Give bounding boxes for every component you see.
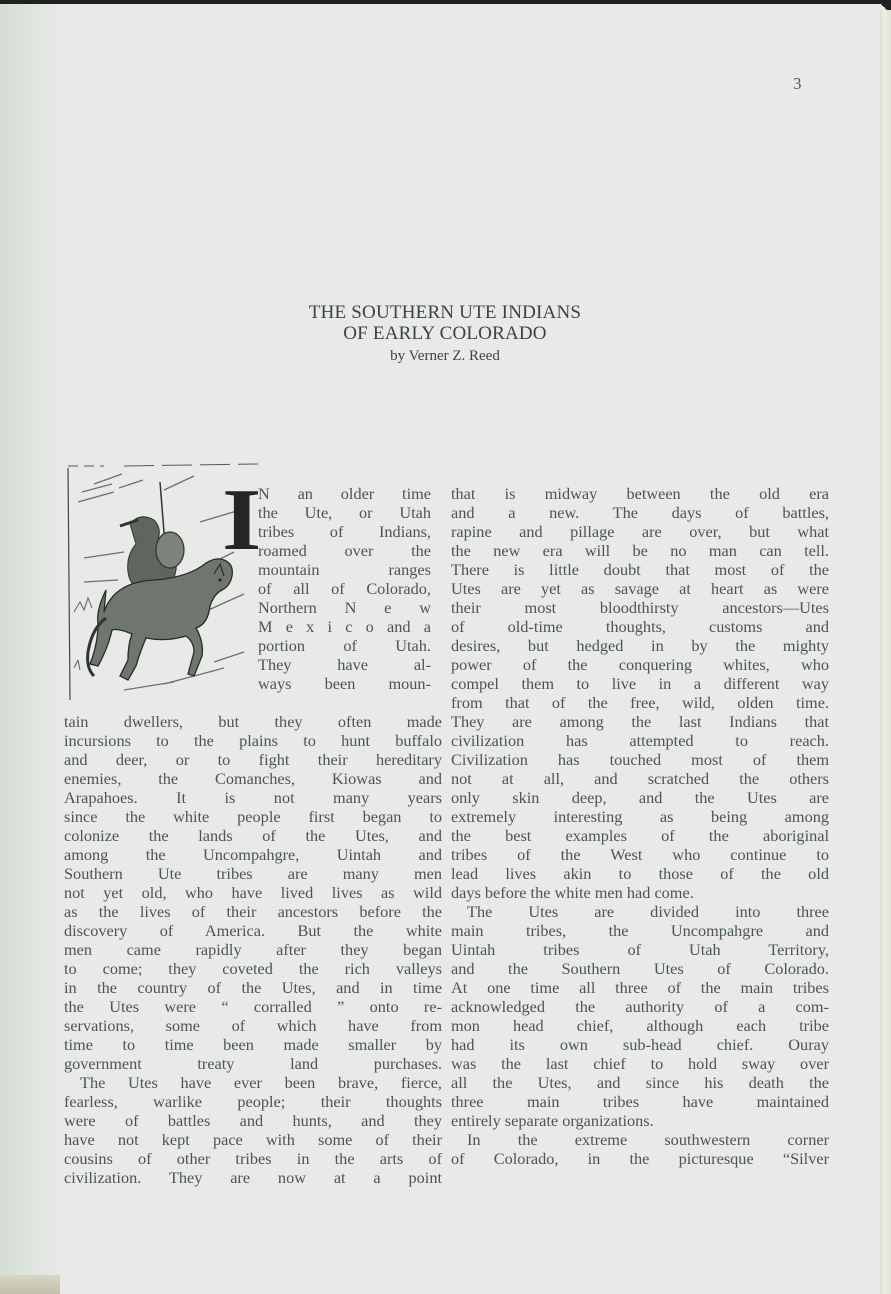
article-title-line-2: OF EARLY COLORADO: [200, 323, 690, 344]
text-line: among the Uncompahgre, Uintah and: [64, 845, 442, 864]
paragraph-end-line: days before the white men had come.: [451, 883, 829, 902]
text-line: ways been moun-: [258, 674, 431, 693]
text-line: have not kept pace with some of their: [64, 1130, 442, 1149]
page-gutter-bottom: [0, 1275, 60, 1294]
text-line: and a new. The days of battles,: [451, 503, 829, 522]
paragraph-start-line: In the extreme southwestern corner: [451, 1130, 829, 1149]
scan-top-edge: [0, 0, 891, 4]
text-line: N an older time: [258, 484, 431, 503]
text-line: cousins of other tribes in the arts of: [64, 1149, 442, 1168]
paragraph-start-line: The Utes are divided into three: [451, 902, 829, 921]
text-line: roamed over the: [258, 541, 431, 560]
text-line: Southern Ute tribes are many men: [64, 864, 442, 883]
text-line: was the last chief to hold sway over: [451, 1054, 829, 1073]
page-right-edge: [880, 10, 891, 1294]
text-line: portion of Utah.: [258, 636, 431, 655]
text-line: to come; they coveted the rich valleys: [64, 959, 442, 978]
article-byline: by Verner Z. Reed: [200, 346, 690, 366]
text-line: not at all, and scratched the others: [451, 769, 829, 788]
text-line: the Ute, or Utah: [258, 503, 431, 522]
text-line: the best examples of the aboriginal: [451, 826, 829, 845]
text-line: Uintah tribes of Utah Territory,: [451, 940, 829, 959]
right-column-text: that is midway between the old era and a…: [451, 484, 829, 1168]
text-line: and the Southern Utes of Colorado.: [451, 959, 829, 978]
text-line: Arapahoes. It is not many years: [64, 788, 442, 807]
text-line: and deer, or to fight their hereditary: [64, 750, 442, 769]
text-line: tribes of Indians,: [258, 522, 431, 541]
article-title-line-1: THE SOUTHERN UTE INDIANS: [200, 302, 690, 323]
article-header: THE SOUTHERN UTE INDIANS OF EARLY COLORA…: [200, 302, 690, 366]
paragraph-end-line: entirely separate organizations.: [451, 1111, 829, 1130]
text-line: desires, but hedged in by the mighty: [451, 636, 829, 655]
text-line: in the country of the Utes, and in time: [64, 978, 442, 997]
text-line: government treaty land purchases.: [64, 1054, 442, 1073]
text-line: as the lives of their ancestors before t…: [64, 902, 442, 921]
text-line: three main tribes have maintained: [451, 1092, 829, 1111]
text-line: rapine and pillage are over, but what: [451, 522, 829, 541]
text-line: mountain ranges: [258, 560, 431, 579]
text-line: had its own sub-head chief. Ouray: [451, 1035, 829, 1054]
text-line: of Colorado, in the picturesque “Silver: [451, 1149, 829, 1168]
text-line: of all of Colorado,: [258, 579, 431, 598]
text-line: fearless, warlike people; their thoughts: [64, 1092, 442, 1111]
text-line: their most bloodthirsty ancestors—Utes: [451, 598, 829, 617]
drop-cap-letter: I: [222, 486, 261, 556]
text-line: power of the conquering whites, who: [451, 655, 829, 674]
text-line: Utes are yet as savage at heart as were: [451, 579, 829, 598]
left-column-text: tain dwellers, but they often made incur…: [64, 712, 442, 1187]
text-line: discovery of America. But the white: [64, 921, 442, 940]
text-line: tribes of the West who continue to: [451, 845, 829, 864]
text-line: civilization. They are now at a point: [64, 1168, 442, 1187]
text-line: extremely interesting as being among: [451, 807, 829, 826]
intro-paragraph-wrap: N an older time the Ute, or Utah tribes …: [258, 484, 431, 693]
text-line: incursions to the plains to hunt buffalo: [64, 731, 442, 750]
text-line: time to time been made smaller by: [64, 1035, 442, 1054]
text-line: of old-time thoughts, customs and: [451, 617, 829, 636]
text-line: were of battles and hunts, and they: [64, 1111, 442, 1130]
text-line: enemies, the Comanches, Kiowas and: [64, 769, 442, 788]
text-line: Civilization has touched most of them: [451, 750, 829, 769]
page-gutter-shadow: [0, 4, 60, 1294]
text-line: They are among the last Indians that: [451, 712, 829, 731]
text-line: all the Utes, and since his death the: [451, 1073, 829, 1092]
text-line: civilization has attempted to reach.: [451, 731, 829, 750]
text-line: since the white people first began to: [64, 807, 442, 826]
text-line: compel them to live in a different way: [451, 674, 829, 693]
text-line: main tribes, the Uncompahgre and: [451, 921, 829, 940]
text-line: servations, some of which have from: [64, 1016, 442, 1035]
text-line: There is little doubt that most of the: [451, 560, 829, 579]
paragraph-start-line: The Utes have ever been brave, fierce,: [64, 1073, 442, 1092]
text-line: the Utes were “ corralled ” onto re-: [64, 997, 442, 1016]
text-line: Northern N e w: [258, 598, 431, 617]
text-line: They have al-: [258, 655, 431, 674]
text-line: acknowledged the authority of a com-: [451, 997, 829, 1016]
text-line: tain dwellers, but they often made: [64, 712, 442, 731]
text-line: M e x i c o and a: [258, 617, 431, 636]
text-line: At one time all three of the main tribes: [451, 978, 829, 997]
text-line: the new era will be no man can tell.: [451, 541, 829, 560]
text-line: that is midway between the old era: [451, 484, 829, 503]
text-line: only skin deep, and the Utes are: [451, 788, 829, 807]
text-line: lead lives akin to those of the old: [451, 864, 829, 883]
text-line: not yet old, who have lived lives as wil…: [64, 883, 442, 902]
text-line: men came rapidly after they began: [64, 940, 442, 959]
page-number: 3: [793, 74, 802, 94]
text-line: from that of the free, wild, olden time.: [451, 693, 829, 712]
text-line: mon head chief, although each tribe: [451, 1016, 829, 1035]
text-line: colonize the lands of the Utes, and: [64, 826, 442, 845]
